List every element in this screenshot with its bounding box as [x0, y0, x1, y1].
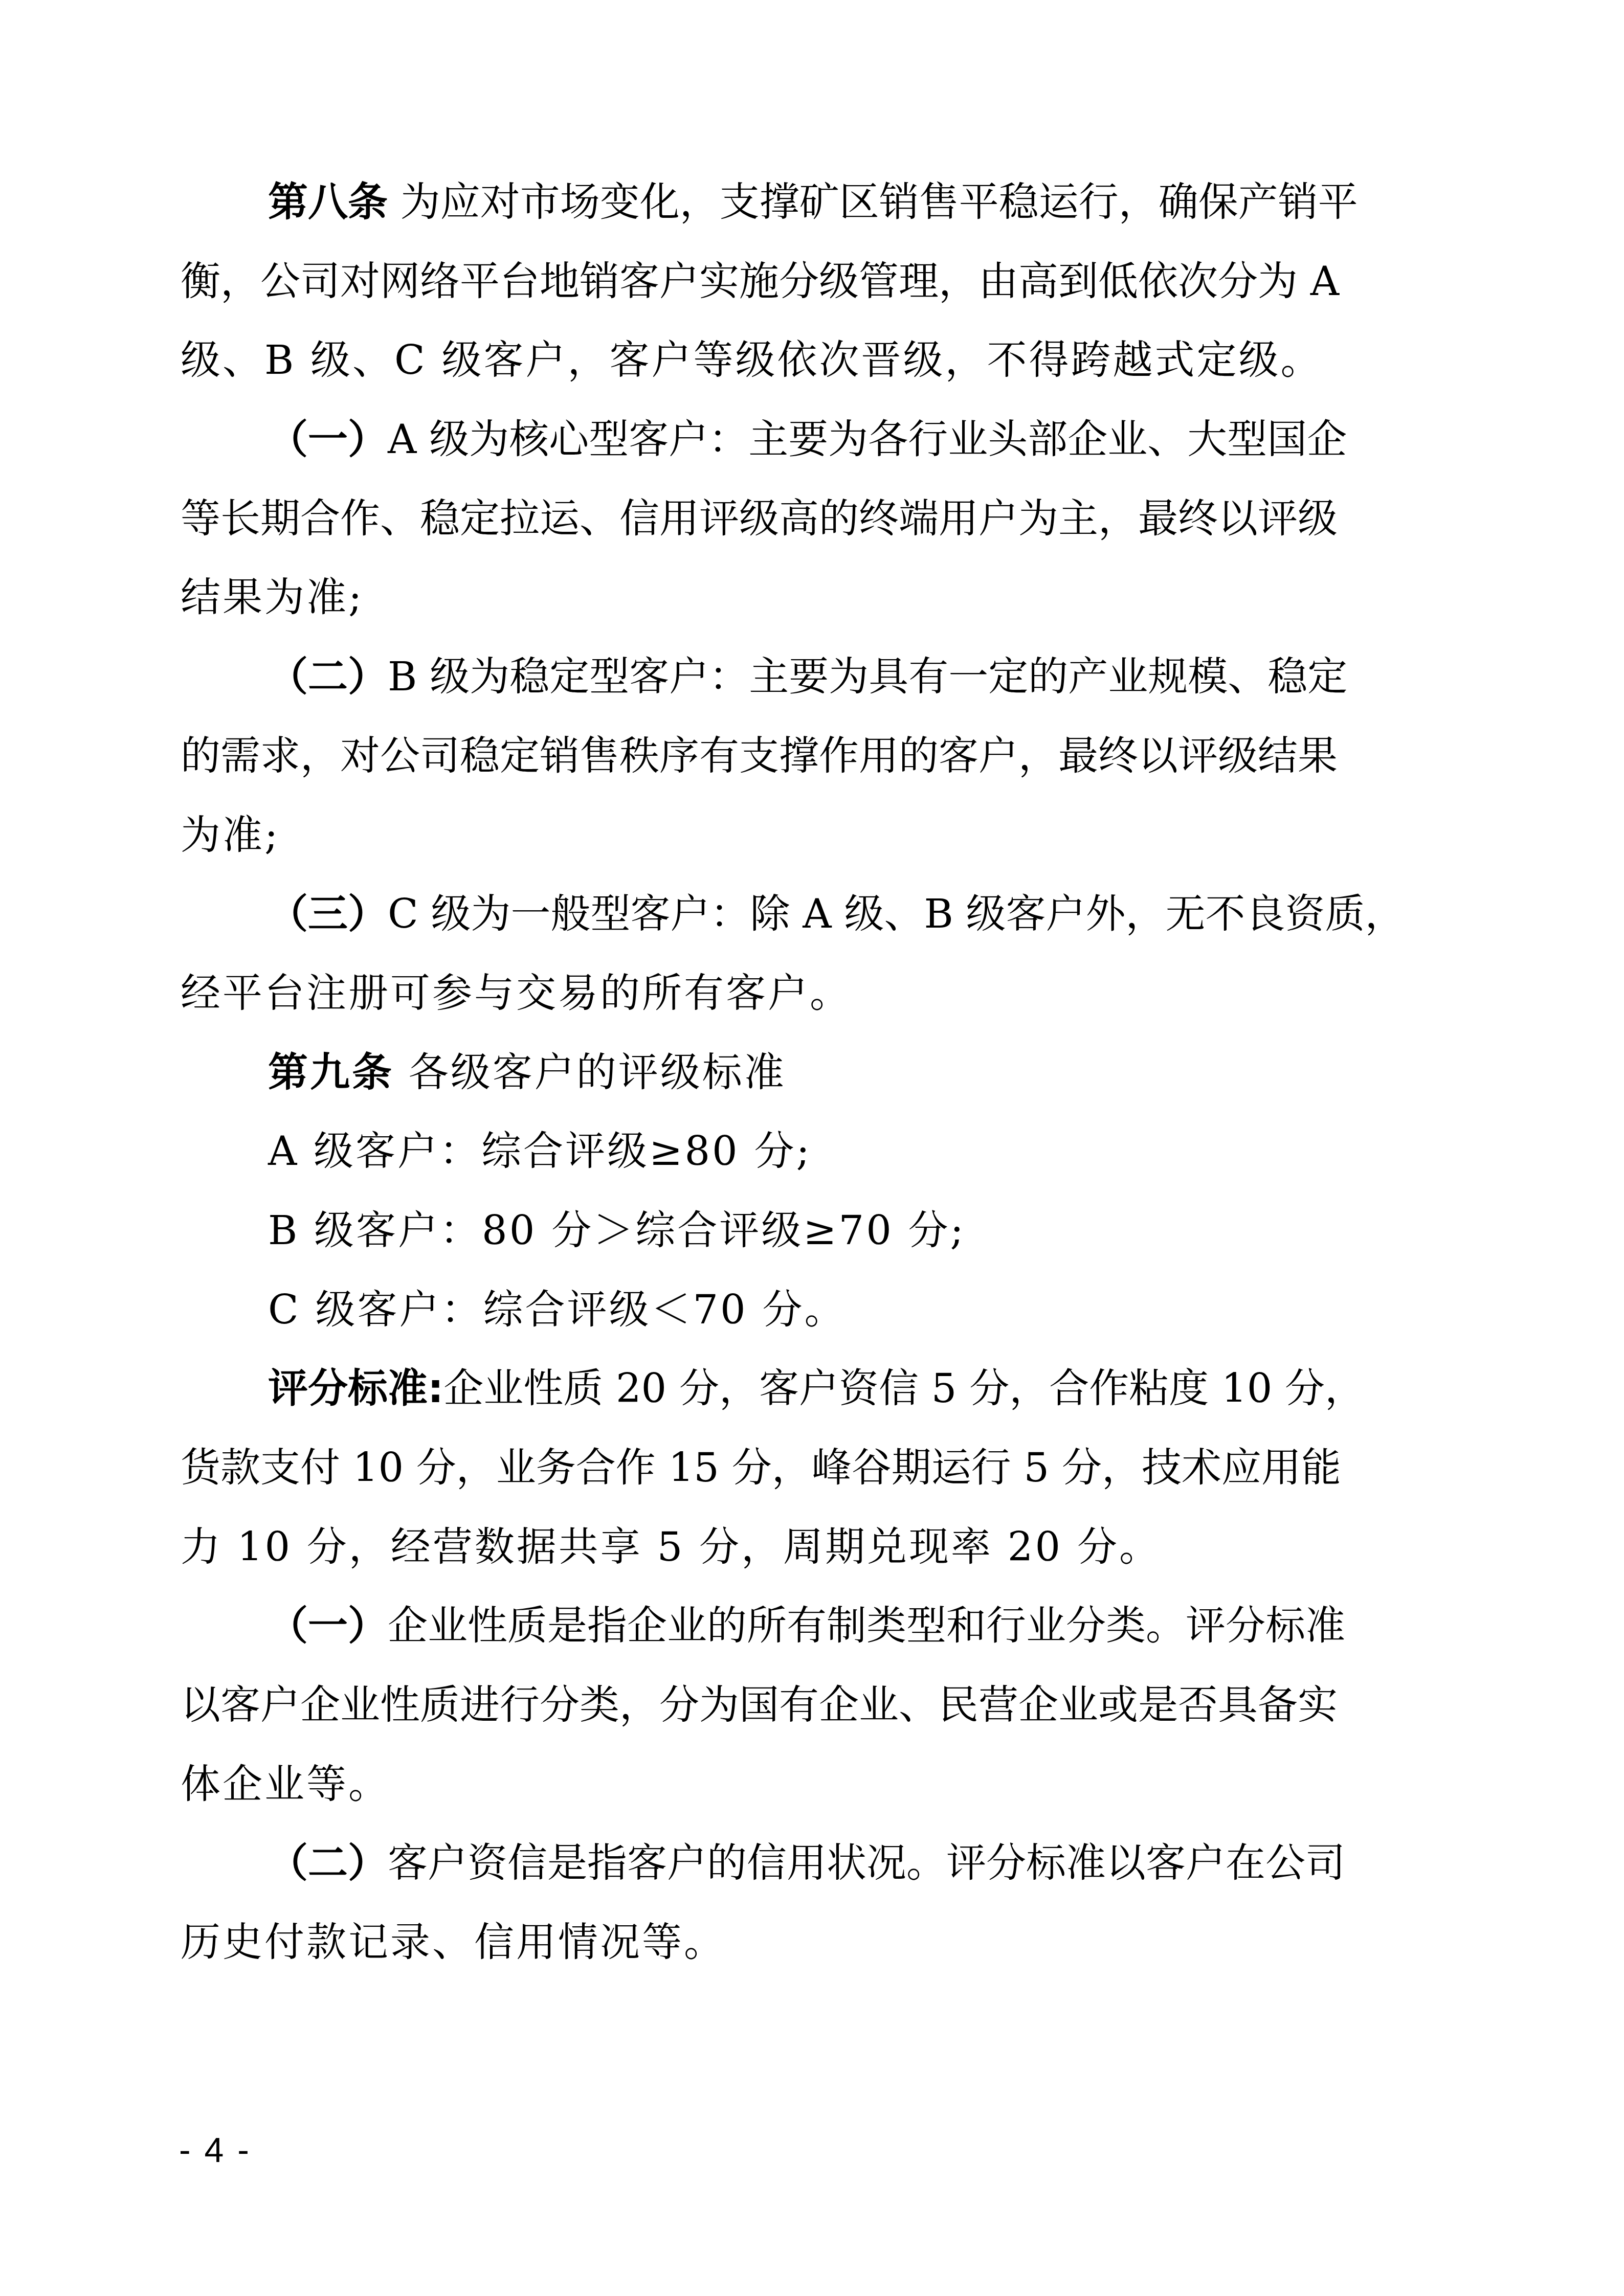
article-8-line-1: 第八条 为应对市场变化，支撑矿区销售平稳运行，确保产销平: [181, 163, 1442, 242]
grade-b-definition-text: B 级为稳定型客户：主要为具有一定的产业规模、稳定: [388, 654, 1347, 700]
criterion-enterprise-nature-text: 企业性质是指企业的所有制类型和行业分类。评分标准: [388, 1603, 1345, 1649]
item-marker-1: （一）: [268, 417, 388, 463]
criterion-credit-line-1: （二）客户资信是指客户的信用状况。评分标准以客户在公司: [181, 1824, 1442, 1903]
criterion-credit-text: 客户资信是指客户的信用状况。评分标准以客户在公司: [388, 1840, 1345, 1886]
scoring-standard-line-3: 力 10 分，经营数据共享 5 分，周期兑现率 20 分。: [181, 1508, 1442, 1587]
grade-b-definition-line-3: 为准;: [181, 796, 1442, 875]
article-8-line-2: 衡，公司对网络平台地销客户实施分级管理，由高到低依次分为 A: [181, 242, 1442, 322]
article-8-text: 为应对市场变化，支撑矿区销售平稳运行，确保产销平: [388, 179, 1358, 226]
grade-c-definition-text: C 级为一般型客户：除 A 级、B 级客户外，无不良资质，: [388, 891, 1405, 937]
grade-b-definition-line-2: 的需求，对公司稳定销售秩序有支撑作用的客户，最终以评级结果: [181, 717, 1442, 796]
scoring-standard-line-1: 评分标准:企业性质 20 分，客户资信 5 分，合作粘度 10 分，: [181, 1349, 1442, 1429]
grade-c-definition-line-2: 经平台注册可参与交易的所有客户。: [181, 954, 1442, 1033]
grade-c-threshold: C 级客户：综合评级＜70 分。: [181, 1271, 1442, 1350]
article-8-line-3: 级、B 级、C 级客户，客户等级依次晋级，不得跨越式定级。: [181, 321, 1442, 400]
scoring-standard-line-2: 货款支付 10 分，业务合作 15 分，峰谷期运行 5 分，技术应用能: [181, 1429, 1442, 1508]
grade-a-definition-line-3: 结果为准;: [181, 558, 1442, 638]
criterion-credit-line-2: 历史付款记录、信用情况等。: [181, 1903, 1442, 1983]
criterion-enterprise-nature-line-3: 体企业等。: [181, 1745, 1442, 1825]
item-marker-3: （三）: [268, 891, 388, 937]
grade-a-definition-text: A 级为核心型客户：主要为各行业头部企业、大型国企: [388, 417, 1347, 463]
scoring-standard-label: 评分标准:: [268, 1366, 443, 1412]
article-9-heading-line: 第九条 各级客户的评级标准: [181, 1033, 1442, 1113]
criterion-enterprise-nature-line-1: （一）企业性质是指企业的所有制类型和行业分类。评分标准: [181, 1587, 1442, 1666]
article-8-heading: 第八条: [268, 179, 388, 226]
page-number: - 4 -: [179, 2127, 251, 2173]
grade-c-definition-line-1: （三）C 级为一般型客户：除 A 级、B 级客户外，无不良资质，: [181, 875, 1442, 954]
article-9-title: 各级客户的评级标准: [394, 1050, 786, 1096]
document-page: 第八条 为应对市场变化，支撑矿区销售平稳运行，确保产销平 衡，公司对网络平台地销…: [0, 0, 1624, 2296]
article-9-heading: 第九条: [268, 1050, 394, 1096]
grade-b-threshold: B 级客户：80 分＞综合评级≥70 分;: [181, 1191, 1442, 1271]
item-marker-2: （二）: [268, 654, 388, 700]
grade-b-definition-line-1: （二）B 级为稳定型客户：主要为具有一定的产业规模、稳定: [181, 638, 1442, 717]
grade-a-threshold: A 级客户：综合评级≥80 分;: [181, 1112, 1442, 1191]
criterion-enterprise-nature-line-2: 以客户企业性质进行分类，分为国有企业、民营企业或是否具备实: [181, 1666, 1442, 1745]
grade-a-definition-line-1: （一）A 级为核心型客户：主要为各行业头部企业、大型国企: [181, 400, 1442, 480]
grade-a-definition-line-2: 等长期合作、稳定拉运、信用评级高的终端用户为主，最终以评级: [181, 480, 1442, 559]
scoring-standard-text: 企业性质 20 分，客户资信 5 分，合作粘度 10 分，: [443, 1366, 1365, 1412]
criterion-marker-2: （二）: [268, 1840, 388, 1886]
document-body: 第八条 为应对市场变化，支撑矿区销售平稳运行，确保产销平 衡，公司对网络平台地销…: [181, 163, 1442, 1983]
criterion-marker-1: （一）: [268, 1603, 388, 1649]
